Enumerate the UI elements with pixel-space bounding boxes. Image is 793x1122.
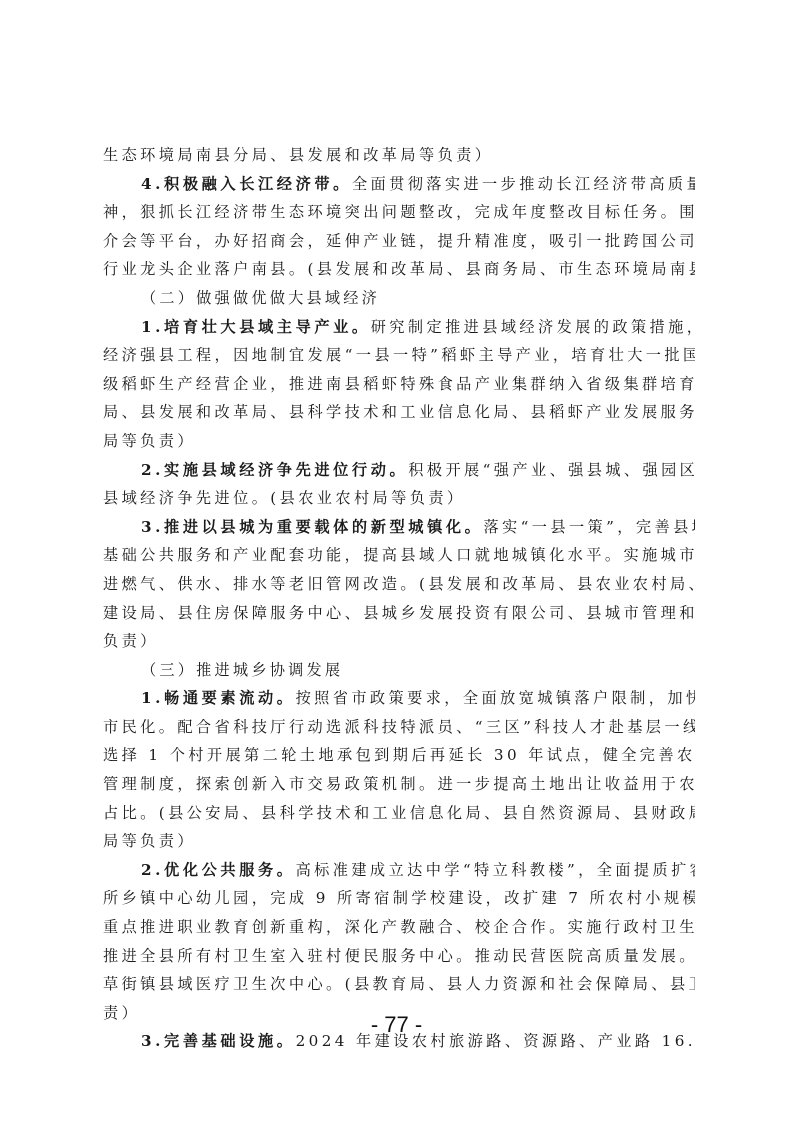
text-line: 级稻虾生产经营企业，推进南县稻虾特殊食品产业集群纳入省级集群培育。(县农业农村 [103, 370, 695, 399]
paragraph-start: 3.推进以县城为重要载体的新型城镇化。落实“一县一策”，完善县城市政公用设施、 [103, 513, 695, 542]
paragraph-start: 4.积极融入长江经济带。全面贯彻落实进一步推动长江经济带高质量发展座谈会精 [103, 170, 695, 199]
text-line: 重点推进职业教育创新重构，深化产教融合、校企合作。实施行政村卫生室标准化建设， [103, 913, 695, 942]
text-line: 生态环境局南县分局、县发展和改革局等负责） [103, 141, 695, 170]
text-line: 市民化。配合省科技厅行动选派科技特派员、“三区”科技人才赴基层一线开展科技服务。 [103, 713, 695, 742]
text-line: 建设局、县住房保障服务中心、县城乡发展投资有限公司、县城市管理和综合执法局等 [103, 599, 695, 628]
text-line: 县域经济争先进位。(县农业农村局等负责） [103, 484, 695, 513]
text-line: 局等负责） [103, 427, 695, 456]
item-title: 2.优化公共服务。 [141, 861, 296, 879]
text-line: 负责） [103, 627, 695, 656]
paragraph-start: 2.实施县域经济争先进位行动。积极开展“强产业、强县城、强园区”建设，推动 [103, 456, 695, 485]
paragraph-text: 积极开展“强产业、强县城、强园区”建设，推动 [408, 461, 695, 479]
text-line: 管理制度，探索创新入市交易政策机制。进一步提高土地出让收益用于农业农村的资金 [103, 770, 695, 799]
item-title: 3.推进以县城为重要载体的新型城镇化。 [141, 518, 483, 536]
item-title: 2.实施县域经济争先进位行动。 [141, 461, 408, 479]
paragraph-text: 高标准建成立达中学“特立科教楼”，全面提质扩容 6 所学校和 2 [296, 861, 695, 879]
section-heading: （二）做强做优做大县域经济 [103, 284, 695, 313]
paragraph-text: 全面贯彻落实进一步推动长江经济带高质量发展座谈会精 [352, 175, 695, 193]
text-line: 选择 1 个村开展第二轮土地承包到期后再延长 30 年试点，健全完善农村土地经营… [103, 741, 695, 770]
paragraph-start: 1.培育壮大县域主导产业。研究制定推进县域经济发展的政策措施，实施特色县域 [103, 313, 695, 342]
text-line: 推进全县所有村卫生室入驻村便民服务中心。推动民营医院高质量发展。建设好南县茅 [103, 942, 695, 971]
item-title: 1.培育壮大县域主导产业。 [141, 318, 371, 336]
text-line: 神，狠抓长江经济带生态环境突出问题整改，完成年度整改目标任务。围绕博览会、推 [103, 198, 695, 227]
text-line: 局、县发展和改革局、县科学技术和工业信息化局、县稻虾产业发展服务中心、县财政 [103, 398, 695, 427]
text-line: 进燃气、供水、排水等老旧管网改造。(县发展和改革局、县农业农村局、县住房和城乡 [103, 570, 695, 599]
paragraph-text: 研究制定推进县域经济发展的政策措施，实施特色县域 [371, 318, 695, 336]
text-line: 介会等平台，办好招商会，延伸产业链，提升精准度，吸引一批跨国公司、知名企业、 [103, 227, 695, 256]
text-line: 占比。(县公安局、县科学技术和工业信息化局、县自然资源局、县财政局、县农业农村 [103, 799, 695, 828]
text-line: 经济强县工程，因地制宜发展“一县一特”稻虾主导产业，培育壮大一批国家、省、市 [103, 341, 695, 370]
item-title: 1.畅通要素流动。 [141, 689, 296, 707]
paragraph-text: 落实“一县一策”，完善县城市政公用设施、 [483, 518, 695, 536]
paragraph-start: 1.畅通要素流动。按照省市政策要求，全面放宽城镇落户限制，加快农业转移人口 [103, 684, 695, 713]
text-line: 局等负责） [103, 827, 695, 856]
section-heading: （三）推进城乡协调发展 [103, 656, 695, 685]
paragraph-text: 按照省市政策要求，全面放宽城镇落户限制，加快农业转移人口 [296, 689, 695, 707]
document-body: 生态环境局南县分局、县发展和改革局等负责） 4.积极融入长江经济带。全面贯彻落实… [103, 141, 695, 1056]
paragraph-start: 2.优化公共服务。高标准建成立达中学“特立科教楼”，全面提质扩容 6 所学校和 … [103, 856, 695, 885]
page-number: - 77 - [0, 1012, 793, 1038]
text-line: 所乡镇中心幼儿园，完成 9 所寄宿制学校建设，改扩建 7 所农村小规模学校和薄弱… [103, 884, 695, 913]
item-title: 4.积极融入长江经济带。 [141, 175, 352, 193]
text-line: 草街镇县域医疗卫生次中心。(县教育局、县人力资源和社会保障局、县卫生健康局等负 [103, 970, 695, 999]
text-line: 行业龙头企业落户南县。(县发展和改革局、县商务局、市生态环境局南县分局等负责) [103, 255, 695, 284]
text-line: 基础公共服务和产业配套功能，提高县域人口就地城镇化水平。实施城市更新行动，推 [103, 541, 695, 570]
